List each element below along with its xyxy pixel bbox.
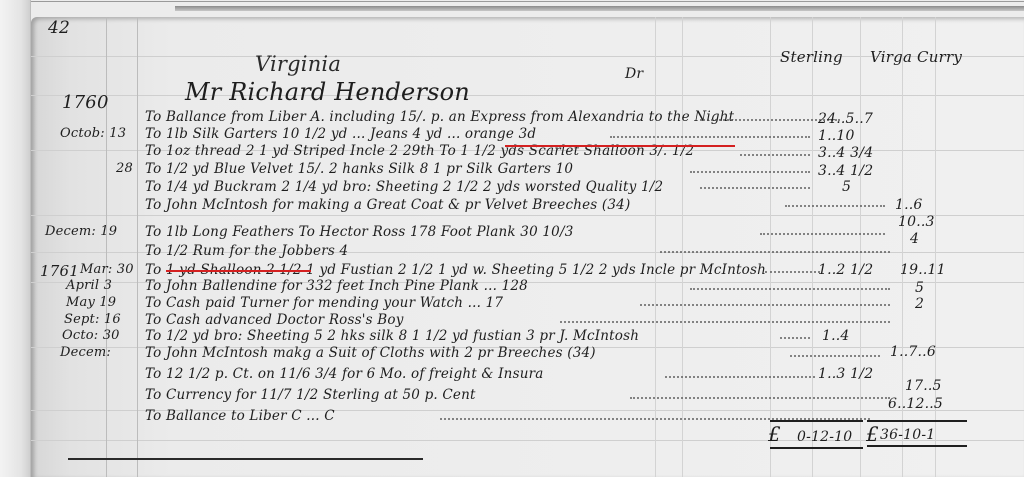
sterling-amount: 3..4 3/4 bbox=[818, 145, 873, 161]
pound-sign: £ bbox=[866, 422, 879, 446]
ledger-entry: To Cash advanced Doctor Ross's Boy bbox=[145, 312, 404, 328]
sterling-amount: 5 bbox=[842, 179, 851, 195]
ruled-line bbox=[31, 95, 1024, 96]
outer-page-edge bbox=[0, 1, 1024, 2]
ledger-scan: 42 Virginia Mr Richard Henderson Dr Ster… bbox=[0, 0, 1024, 477]
dot-leader bbox=[700, 186, 810, 189]
dot-leader bbox=[560, 320, 890, 323]
dot-leader bbox=[690, 170, 810, 173]
page-number: 42 bbox=[48, 18, 70, 38]
currency-amount: 1..7..6 bbox=[890, 344, 936, 360]
currency-amount: 1..6 bbox=[895, 197, 923, 213]
currency-column-header: Virga Curry bbox=[870, 48, 962, 66]
ledger-entry: To 1/2 yd bro: Sheeting 5 2 hks silk 8 1… bbox=[145, 328, 639, 344]
date-column-rule bbox=[106, 17, 107, 477]
entry-date: Decem: 19 bbox=[45, 224, 117, 239]
sterling-amount: 1..2 1/2 bbox=[818, 262, 873, 278]
dot-leader bbox=[610, 135, 810, 138]
total-rule bbox=[867, 445, 967, 447]
ledger-entry: To John McIntosh makg a Suit of Cloths w… bbox=[145, 345, 596, 361]
outer-page-margin bbox=[0, 0, 31, 477]
dot-leader bbox=[780, 336, 810, 339]
dot-leader bbox=[665, 375, 815, 378]
sterling-column-header: Sterling bbox=[780, 48, 843, 66]
currency-amount: 24..5..7 bbox=[818, 111, 873, 127]
dot-leader bbox=[690, 287, 890, 290]
red-underline bbox=[166, 270, 311, 272]
binding-shadow bbox=[175, 6, 1024, 11]
closing-rule bbox=[68, 458, 423, 460]
column-rule bbox=[682, 17, 683, 477]
currency-amount: 2 bbox=[915, 296, 924, 312]
entry-date: Mar: 30 bbox=[80, 262, 134, 277]
dot-leader bbox=[760, 232, 885, 235]
entry-date: Octob: 13 bbox=[60, 126, 126, 141]
ruled-line bbox=[31, 215, 1024, 216]
ledger-entry: To Ballance from Liber A. including 15/.… bbox=[145, 109, 734, 125]
dot-leader bbox=[660, 250, 890, 253]
dot-leader bbox=[640, 303, 890, 306]
red-underline bbox=[505, 145, 735, 147]
entry-date: 28 bbox=[116, 161, 133, 176]
ledger-entry: To Currency for 11/7 1/2 Sterling at 50 … bbox=[145, 387, 476, 403]
entry-column-rule bbox=[137, 17, 138, 477]
dot-leader bbox=[785, 204, 885, 207]
sterling-column-rule bbox=[770, 17, 771, 477]
total-rule bbox=[770, 420, 863, 422]
total-rule bbox=[770, 447, 863, 449]
sterling-total: 0-12-10 bbox=[797, 429, 852, 445]
currency-amount: 10..3 bbox=[898, 214, 935, 230]
ledger-entry: To 12 1/2 p. Ct. on 11/6 3/4 for 6 Mo. o… bbox=[145, 366, 544, 382]
entry-date: May 19 bbox=[66, 295, 116, 310]
ledger-entry: To 1/2 yd Blue Velvet 15/. 2 hanks Silk … bbox=[145, 161, 573, 177]
dot-leader bbox=[790, 354, 880, 357]
dot-leader bbox=[740, 153, 810, 156]
ledger-heading: Virginia bbox=[255, 52, 341, 76]
ledger-entry: To Ballance to Liber C ... C bbox=[145, 408, 335, 424]
sterling-amount: 1..10 bbox=[818, 128, 855, 144]
ledger-entry: To 1lb Long Feathers To Hector Ross 178 … bbox=[145, 224, 573, 240]
entry-date: Octo: 30 bbox=[62, 328, 120, 343]
ledger-entry: To 1/4 yd Buckram 2 1/4 yd bro: Sheeting… bbox=[145, 179, 663, 195]
total-rule bbox=[867, 420, 967, 422]
ledger-entry: To John McIntosh for making a Great Coat… bbox=[145, 197, 630, 213]
sterling-amount: 1..3 1/2 bbox=[818, 366, 873, 382]
currency-column-rule bbox=[860, 17, 861, 477]
account-name: Mr Richard Henderson bbox=[185, 78, 470, 106]
sterling-amount: 1..4 bbox=[822, 328, 850, 344]
sterling-column-rule bbox=[812, 17, 813, 477]
sterling-amount: 3..4 1/2 bbox=[818, 163, 873, 179]
pound-sign: £ bbox=[768, 422, 781, 446]
ledger-entry: To 1/2 Rum for the Jobbers 4 bbox=[145, 243, 348, 259]
year-label: 1760 bbox=[62, 92, 109, 113]
currency-amount: 19..11 bbox=[900, 262, 946, 278]
entry-date: Sept: 16 bbox=[64, 312, 121, 327]
entry-date: Decem: bbox=[60, 345, 111, 360]
debit-label: Dr bbox=[625, 66, 643, 82]
currency-amount: 5 bbox=[915, 280, 924, 296]
ledger-entry: To John Ballendine for 332 feet Inch Pin… bbox=[145, 278, 528, 294]
currency-amount: 17..5 bbox=[905, 378, 942, 394]
entry-date: April 3 bbox=[66, 278, 112, 293]
currency-amount: 4 bbox=[910, 231, 919, 247]
column-rule bbox=[655, 17, 656, 477]
currency-amount: 6..12..5 bbox=[888, 396, 943, 412]
ledger-entry: To 1lb Silk Garters 10 1/2 yd ... Jeans … bbox=[145, 126, 536, 142]
currency-total: 36-10-1 bbox=[880, 427, 935, 443]
dot-leader bbox=[765, 270, 820, 273]
ledger-entry: To Cash paid Turner for mending your Wat… bbox=[145, 295, 503, 311]
dot-leader bbox=[630, 396, 890, 399]
